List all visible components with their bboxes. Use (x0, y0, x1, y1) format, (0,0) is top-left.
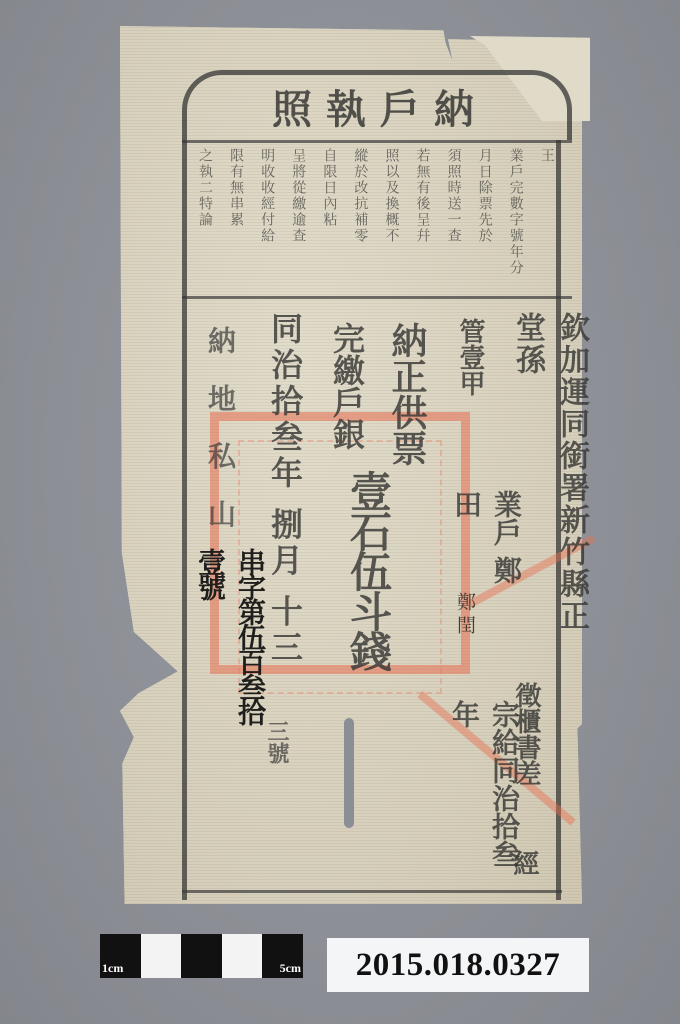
document-title: 納戶執照 (250, 80, 510, 140)
left-border-line (182, 140, 187, 900)
household-column: 業戶 鄭 田 (446, 490, 526, 590)
rule-column: 自限日內粘 (320, 148, 338, 293)
handler-mark: 經 (506, 850, 543, 890)
scale-label-left: 1cm (102, 961, 123, 976)
rules-bottom-divider (182, 296, 572, 299)
bottom-note: 三號 (262, 720, 293, 780)
scale-segment-black (181, 934, 222, 978)
scale-bar: 1cm 5cm (100, 934, 303, 978)
rule-column: 業戶完數字號年分 (507, 148, 525, 293)
rules-text-block: 王 業戶完數字號年分 月日除票先於 須照時送一查 若無有後呈幷 照以及換概不 縱… (196, 148, 556, 293)
rule-column: 明收收經付給 (258, 148, 276, 293)
rule-column: 王 (538, 148, 556, 293)
serial-number-column: 串字第伍百叁拾壹號 (190, 548, 270, 728)
bottom-border-line (182, 890, 562, 893)
rule-column: 縱於改抗補零 (351, 148, 369, 293)
catalog-number-label: 2015.018.0327 (327, 938, 589, 992)
scale-segment-white (141, 934, 182, 978)
scale-label-right: 5cm (280, 961, 301, 976)
payment-column: 完繳戶銀 (324, 322, 370, 472)
tax-type-column: 納正供票 (382, 322, 433, 482)
rule-column: 月日除票先於 (476, 148, 494, 293)
rule-column: 之執二特論 (196, 148, 214, 293)
paper-tear (344, 718, 354, 828)
rule-column: 照以及換概不 (382, 148, 400, 293)
rule-column: 限有無串累 (227, 148, 245, 293)
title-divider (182, 140, 572, 143)
rule-column: 須照時送一查 (445, 148, 463, 293)
amount-column: 壹石伍斗錢 (338, 470, 398, 670)
rule-column: 若無有後呈幷 (414, 148, 432, 293)
handwritten-name: 鄭閏 (452, 592, 479, 638)
scale-segment-white (222, 934, 263, 978)
land-type-column: 納 地 私 山 (200, 326, 240, 546)
district-column: 管壹甲 (452, 318, 489, 428)
rule-column: 呈將從繳逾查 (289, 148, 307, 293)
